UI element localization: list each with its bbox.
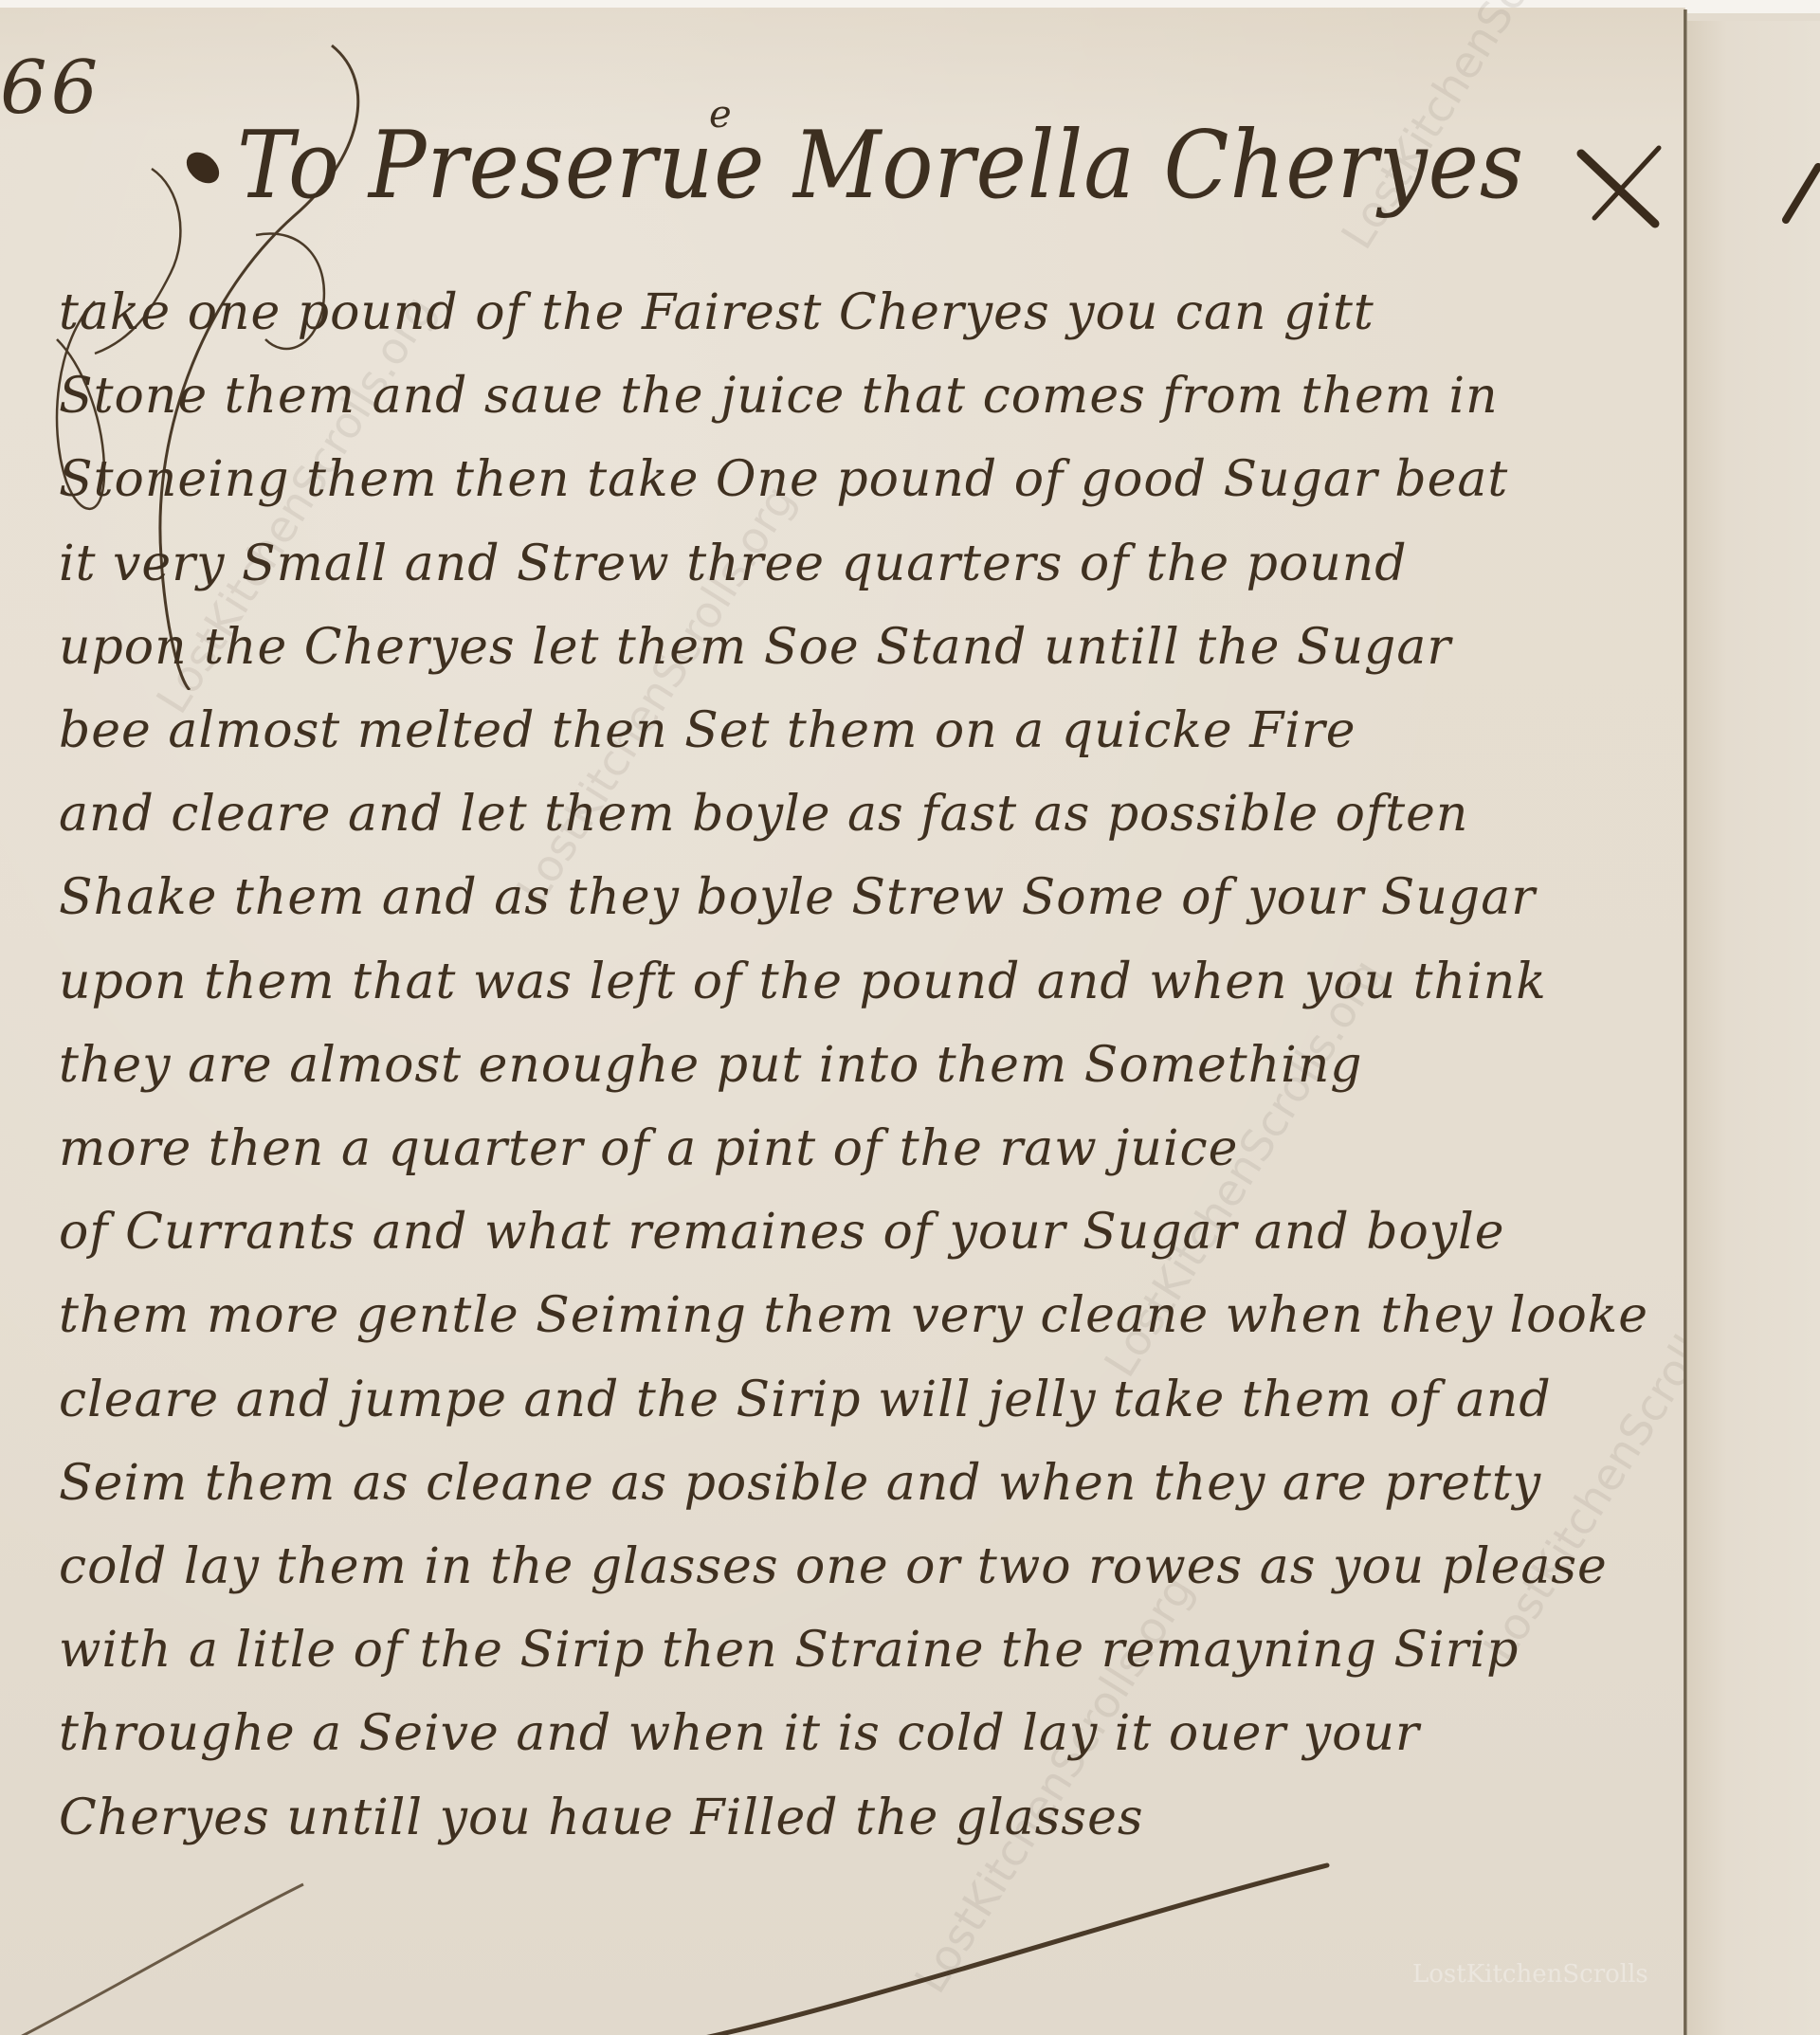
manuscript-scan: LostKitchenScrolls.org LostKitchenScroll… bbox=[0, 0, 1820, 2035]
recipe-body: take one pound of the Fairest Cheryes yo… bbox=[59, 271, 1670, 1860]
text-line: throughe a Seive and when it is cold lay… bbox=[59, 1692, 1670, 1775]
text-line: Shake them and as they boyle Strew Some … bbox=[59, 856, 1670, 939]
watermark-footer: LostKitchenScrolls bbox=[1412, 1960, 1648, 1989]
text-line: them more gentle Seiming them very clean… bbox=[59, 1274, 1670, 1357]
next-page-mark-icon bbox=[1782, 163, 1820, 229]
recipe-title: To Preserue Morella Cheryes bbox=[237, 112, 1524, 220]
cross-mark-icon bbox=[1574, 140, 1668, 235]
manuscript-page: LostKitchenScrolls.org LostKitchenScroll… bbox=[0, 8, 1685, 2035]
text-line: it very Small and Strew three quarters o… bbox=[59, 522, 1670, 606]
text-line: Stoneing them then take One pound of goo… bbox=[59, 438, 1670, 521]
text-line: and cleare and let them boyle as fast as… bbox=[59, 772, 1670, 856]
next-page-strip bbox=[1687, 21, 1820, 2035]
text-line: with a litle of the Sirip then Straine t… bbox=[59, 1608, 1670, 1692]
closing-pen-stroke-icon bbox=[0, 1856, 1422, 2035]
text-line: take one pound of the Fairest Cheryes yo… bbox=[59, 271, 1670, 354]
title-superscript: e bbox=[709, 93, 732, 136]
text-line: bee almost melted then Set them on a qui… bbox=[59, 689, 1670, 772]
text-line: upon them that was left of the pound and… bbox=[59, 940, 1670, 1024]
text-line: cold lay them in the glasses one or two … bbox=[59, 1525, 1670, 1608]
text-line: of Currants and what remaines of your Su… bbox=[59, 1190, 1670, 1274]
text-line: Stone them and saue the juice that comes… bbox=[59, 354, 1670, 438]
text-line: cleare and jumpe and the Sirip will jell… bbox=[59, 1358, 1670, 1442]
text-line: upon the Cheryes let them Soe Stand unti… bbox=[59, 606, 1670, 689]
text-line: more then a quarter of a pint of the raw… bbox=[59, 1107, 1670, 1190]
text-line: Seim them as cleane as posible and when … bbox=[59, 1442, 1670, 1525]
text-line: they are almost enoughe put into them So… bbox=[59, 1024, 1670, 1107]
text-line: Cheryes untill you haue Filled the glass… bbox=[59, 1776, 1670, 1860]
